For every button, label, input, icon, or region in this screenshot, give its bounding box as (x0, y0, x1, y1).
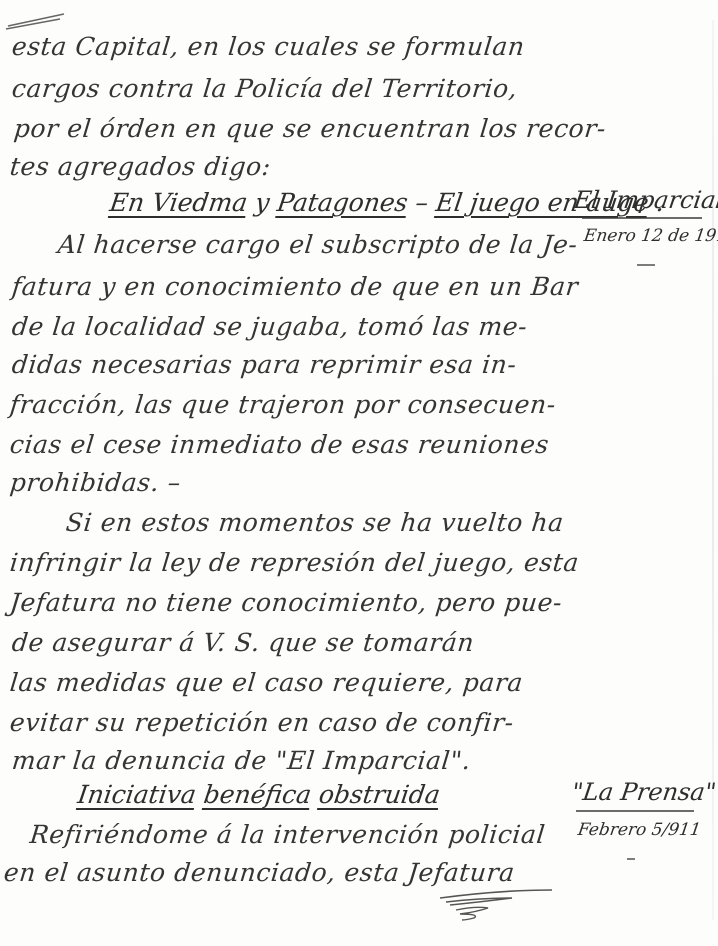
body-line: esta Capital, en los cuales se formulan (10, 32, 526, 61)
margin-note-source: "La Prensa" (570, 778, 718, 806)
body-line: por el órden en que se encuentran los re… (12, 114, 607, 143)
body-line: infringir la ley de represión del juego,… (8, 548, 580, 577)
heading-part: Iniciativa (76, 780, 198, 809)
margin-note-source: El Imparcial (572, 186, 718, 214)
heading-part: – (414, 188, 431, 217)
body-line: tes agregados digo: (8, 152, 272, 181)
top-flourish-mark (4, 8, 80, 30)
margin-dash (627, 858, 635, 860)
body-line: en el asunto denunciado, esta Jefatura (2, 858, 516, 887)
body-line: Jefatura no tiene conocimiento, pero pue… (8, 588, 563, 617)
body-line: evitar su repetición en caso de confir- (8, 708, 515, 737)
margin-dash (637, 264, 655, 266)
heading-part: Patagones (275, 188, 409, 217)
body-line: de asegurar á V. S. que se tomarán (10, 628, 475, 657)
heading-part: benéfica (202, 780, 313, 809)
body-line: cargos contra la Policía del Territorio, (10, 74, 519, 103)
heading-part: y (253, 188, 271, 217)
manuscript-page: esta Capital, en los cuales se formulan … (0, 0, 718, 946)
margin-note-date: Enero 12 de 1911 (583, 226, 718, 246)
body-line: las medidas que el caso requiere, para (8, 668, 524, 697)
body-line: Al hacerse cargo el subscripto de la Je- (56, 230, 579, 259)
margin-note-rule (576, 810, 694, 812)
body-line: didas necesarias para reprimir esa in- (10, 350, 518, 379)
body-line: fracción, las que trajeron por consecuen… (8, 390, 557, 419)
heading-part: obstruida (317, 780, 442, 809)
margin-note-date: Febrero 5/911 (577, 820, 703, 840)
margin-note-rule (582, 217, 702, 219)
body-line: Refiriéndome á la intervención policial (28, 820, 546, 849)
section-heading-iniciativa: Iniciativa benéfica obstruida (76, 780, 442, 809)
body-line: cias el cese inmediato de esas reuniones (8, 430, 550, 459)
body-line: prohibidas. – (8, 468, 182, 497)
body-line: mar la denuncia de "El Imparcial". (10, 746, 472, 775)
body-line: Si en estos momentos se ha vuelto ha (64, 508, 565, 537)
end-flourish-mark (440, 888, 580, 928)
body-line: fatura y en conocimiento de que en un Ba… (10, 272, 579, 301)
heading-part: En Viedma (108, 188, 249, 217)
body-line: de la localidad se jugaba, tomó las me- (10, 312, 528, 341)
